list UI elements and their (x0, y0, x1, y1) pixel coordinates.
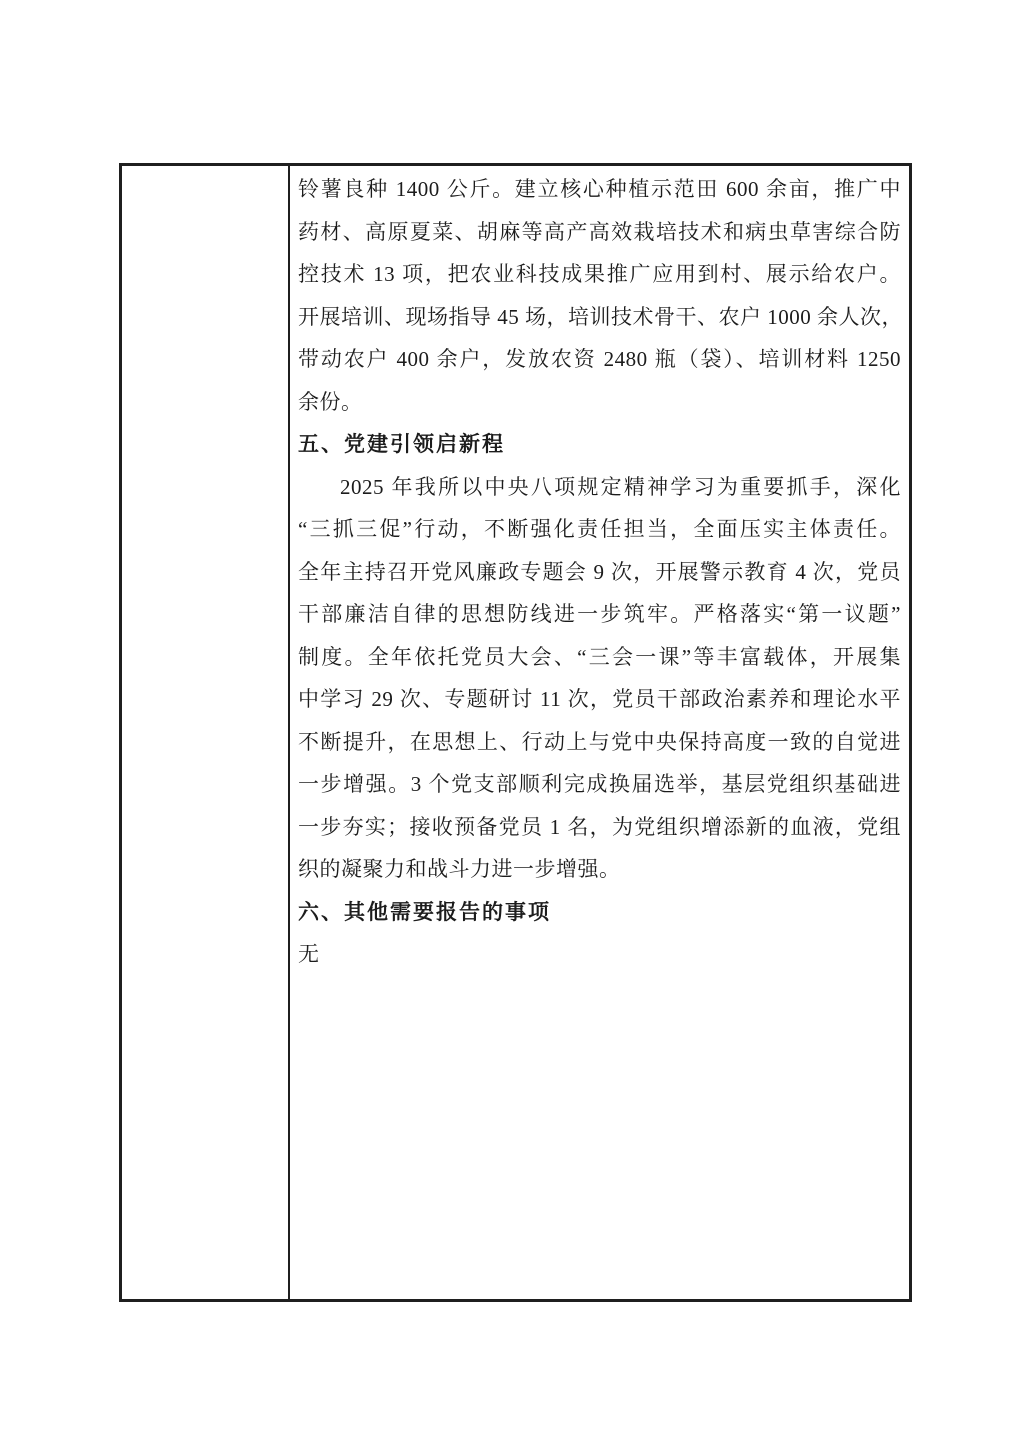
table-left-cell (122, 166, 290, 1299)
section-heading-5: 五、党建引领启新程 (298, 423, 901, 466)
text-line: 带动农户 400 余户，发放农资 2480 瓶（袋）、培训材料 1250 (298, 338, 901, 381)
text-line: 不断提升，在思想上、行动上与党中央保持高度一致的自觉进 (298, 721, 901, 764)
text-line: “三抓三促”行动，不断强化责任担当，全面压实主体责任。 (298, 508, 901, 551)
report-text: 铃薯良种 1400 公斤。建立核心种植示范田 600 余亩，推广中药材、高原夏菜… (298, 168, 901, 976)
text-line: 药材、高原夏菜、胡麻等高产高效栽培技术和病虫草害综合防 (298, 211, 901, 254)
text-line: 中学习 29 次、专题研讨 11 次，党员干部政治素养和理论水平 (298, 678, 901, 721)
text-line: 铃薯良种 1400 公斤。建立核心种植示范田 600 余亩，推广中 (298, 168, 901, 211)
text-line: 开展培训、现场指导 45 场，培训技术骨干、农户 1000 余人次， (298, 296, 901, 339)
document-page: 铃薯良种 1400 公斤。建立核心种植示范田 600 余亩，推广中药材、高原夏菜… (0, 0, 1024, 1449)
text-line: 一步夯实；接收预备党员 1 名，为党组织增添新的血液，党组 (298, 806, 901, 849)
section-6-content: 无 (298, 933, 901, 976)
text-line: 干部廉洁自律的思想防线进一步筑牢。严格落实“第一议题” (298, 593, 901, 636)
text-line: 余份。 (298, 381, 901, 424)
table-right-cell: 铃薯良种 1400 公斤。建立核心种植示范田 600 余亩，推广中药材、高原夏菜… (290, 166, 909, 1299)
report-table: 铃薯良种 1400 公斤。建立核心种植示范田 600 余亩，推广中药材、高原夏菜… (119, 163, 912, 1302)
text-line: 控技术 13 项，把农业科技成果推广应用到村、展示给农户。 (298, 253, 901, 296)
text-line: 全年主持召开党风廉政专题会 9 次，开展警示教育 4 次，党员 (298, 551, 901, 594)
text-line: 2025 年我所以中央八项规定精神学习为重要抓手，深化 (298, 466, 901, 509)
text-line: 制度。全年依托党员大会、“三会一课”等丰富载体，开展集 (298, 636, 901, 679)
text-line: 织的凝聚力和战斗力进一步增强。 (298, 848, 901, 891)
text-line: 一步增强。3 个党支部顺利完成换届选举，基层党组织基础进 (298, 763, 901, 806)
section-heading-6: 六、其他需要报告的事项 (298, 891, 901, 934)
